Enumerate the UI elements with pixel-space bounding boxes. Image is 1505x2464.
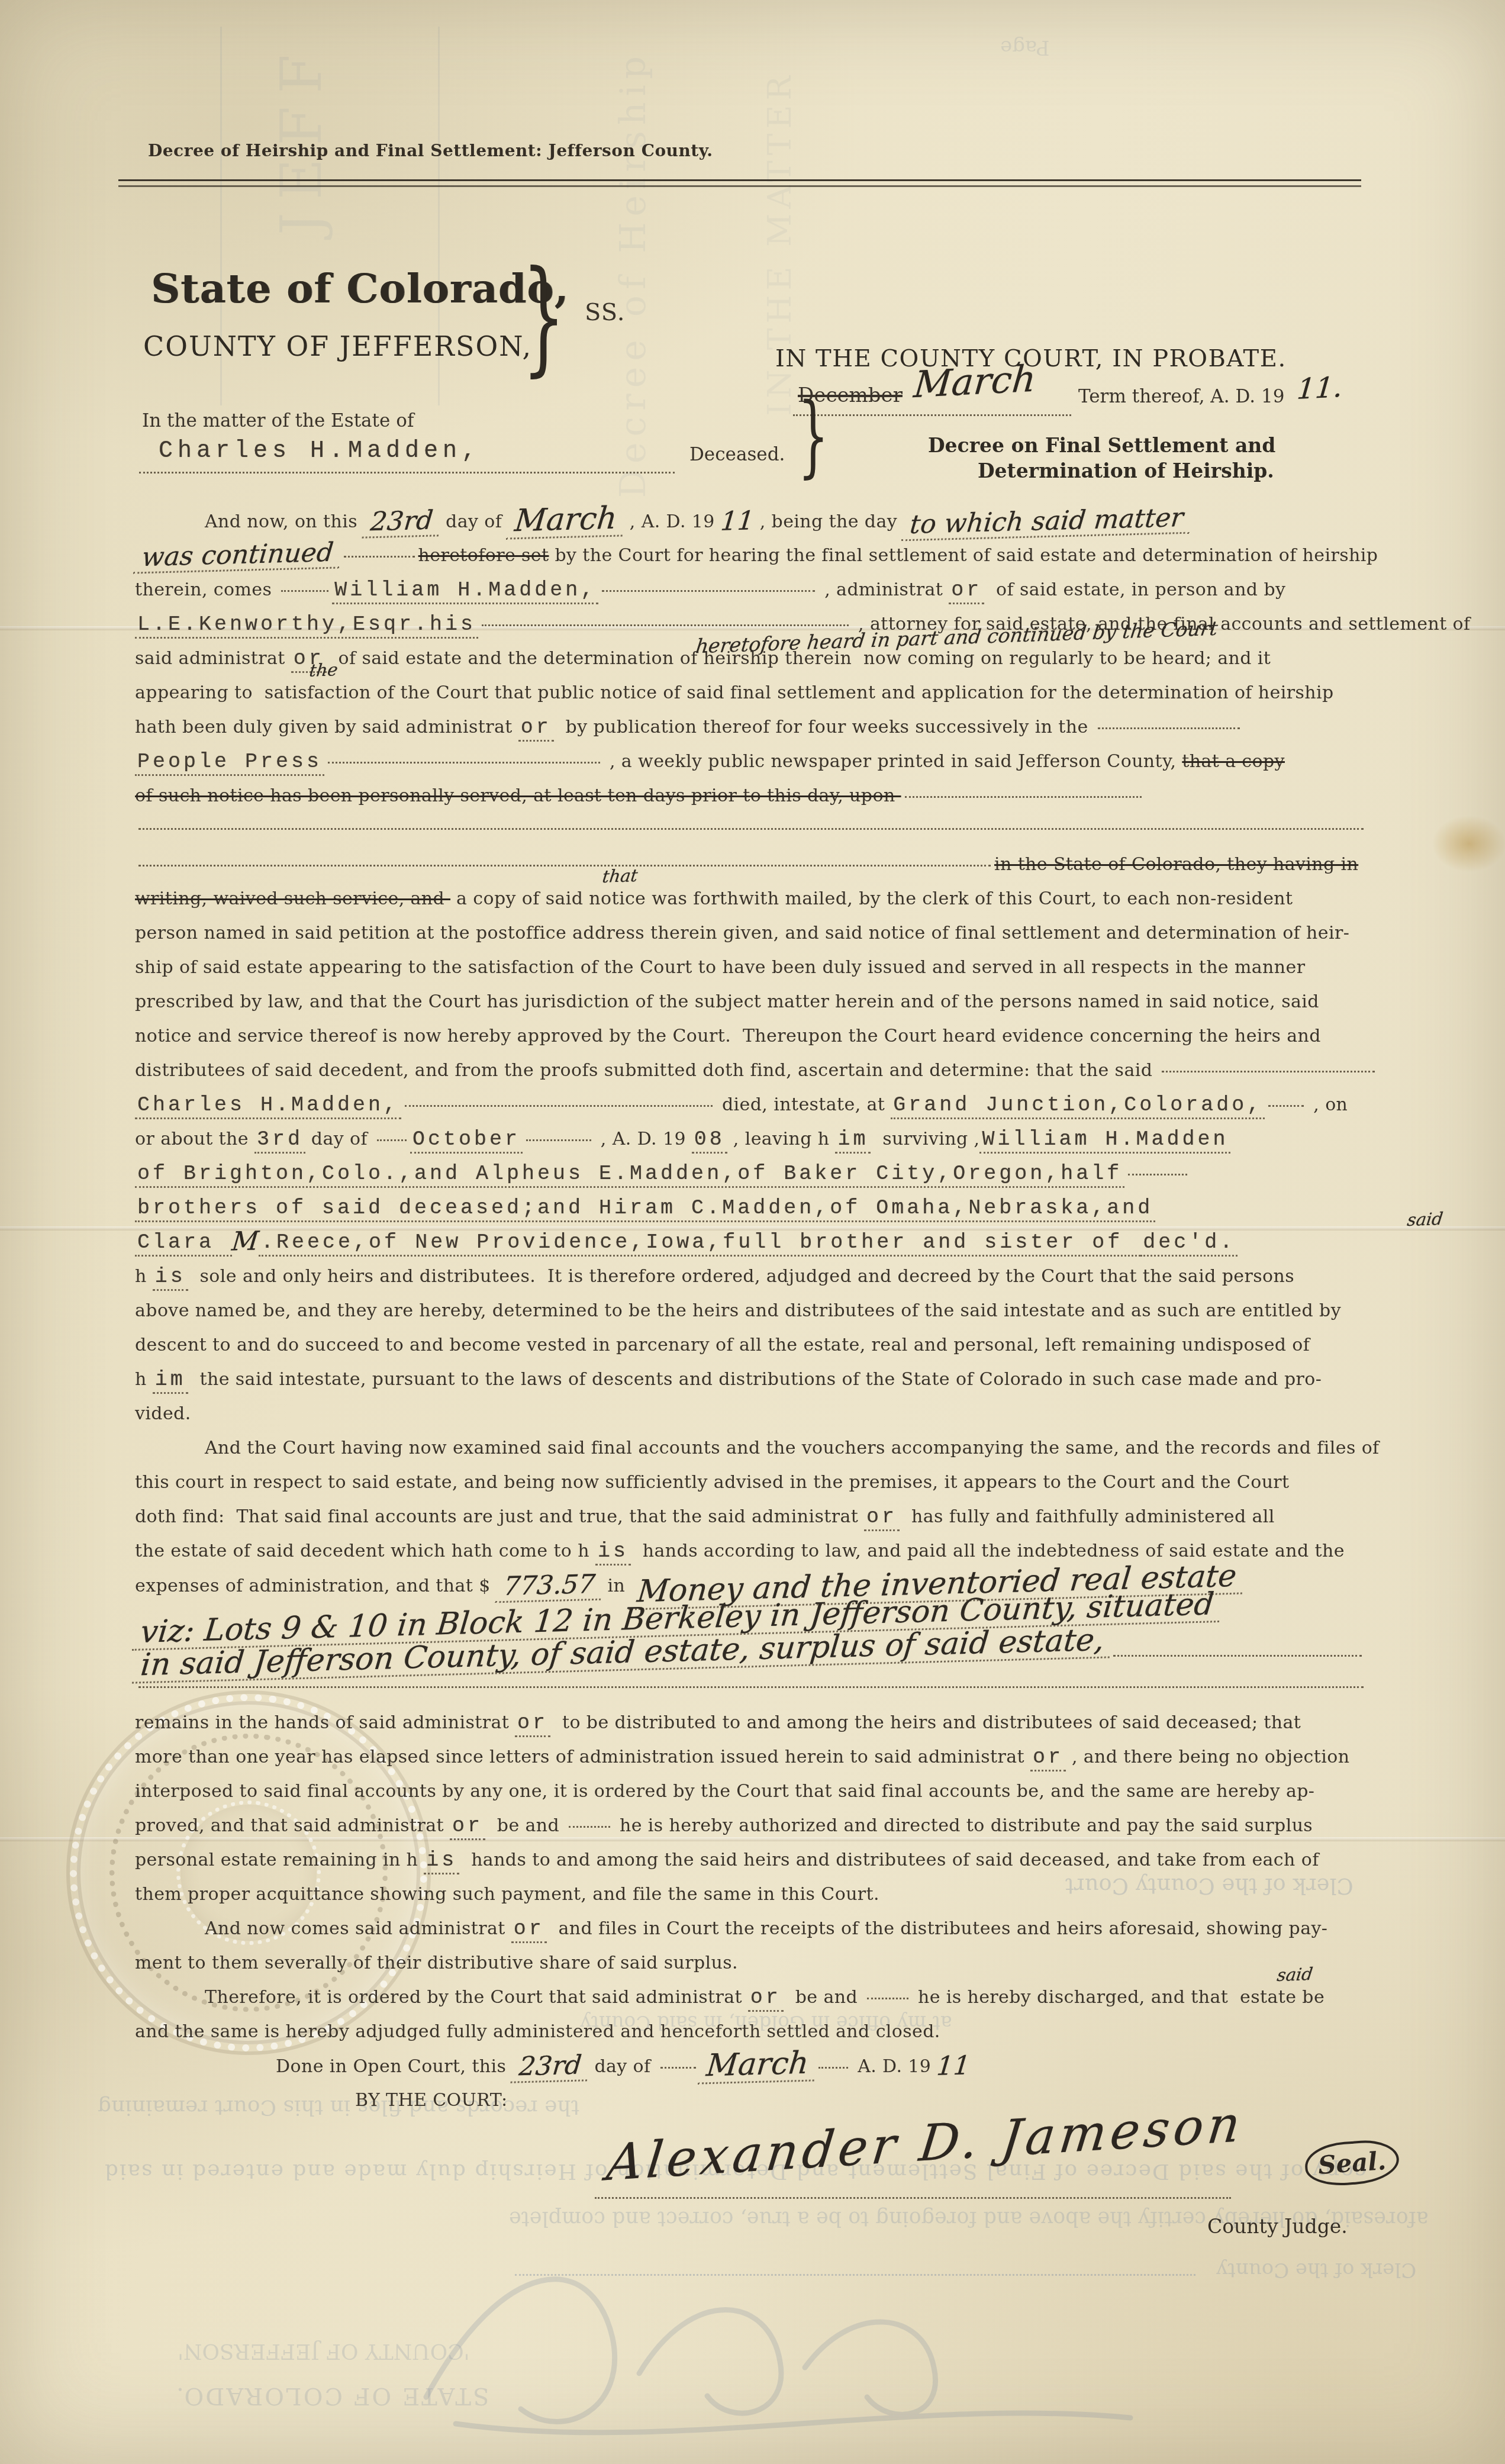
body-line-8: People Press , a weekly public newspaper… [135,745,1384,779]
scanned-probate-decree-page: JEFF Decree of Heirship IN THE MATTER Pa… [0,0,1505,2464]
judge-title: County Judge. [1207,2215,1348,2238]
segment-p: A. D. 19 [852,2056,937,2077]
paper-stain [1432,816,1505,872]
segment-p: proved, and that said administrat [135,1815,450,1836]
body-line-17: distributees of said decedent, and from … [135,1054,1384,1088]
decree-title-line1: Decree on Final Settlement and [928,434,1275,457]
segment-st: in the State of Colorado, they having in [994,854,1358,875]
segment-p: and the same is hereby adjudged fully ad… [135,2021,940,2042]
segment-p: by the Court for hearing the final settl… [549,545,1378,566]
body-line-19: or about the 3rd day of October , A. D. … [135,1122,1384,1157]
body-line-18: Charles H.Madden, died, intestate, at Gr… [135,1088,1384,1122]
segment-p: above named be, and they are hereby, det… [135,1300,1341,1321]
venue-ss: SS. [585,299,625,326]
segment-p: prescribed by law, and that the Court ha… [135,991,1319,1012]
body-line-2: was continuedheretofore set by the Court… [135,539,1384,573]
segment-hw: 11 [936,2053,971,2079]
segment-p: , on [1307,1094,1348,1115]
bleed-through-text: JEFF [269,41,334,235]
segment-tw: William H.Madden, [332,578,598,604]
segment-hwL: March [697,2047,817,2084]
body-line-24: above named be, and they are hereby, det… [135,1294,1384,1328]
segment-p: doth find: That said final accounts are … [135,1506,864,1527]
segment-hw: M [231,1228,260,1255]
body-line-36: remains in the hands of said administrat… [135,1706,1384,1740]
segment-p: day of [305,1129,373,1149]
segment-tw: William H.Madden [979,1128,1230,1154]
body-line-25: descent to and do succeed to and become … [135,1328,1384,1363]
bleed-through-signature [385,2220,1184,2456]
body-line-11: in the State of Colorado, they having in [135,848,1384,882]
deceased-brace: } [798,392,829,481]
segment-tw: or [1030,1745,1066,1771]
segment-p: , being the day [754,511,903,532]
segment-st: of such notice has been personally serve… [135,785,901,806]
body-line-13: person named in said petition at the pos… [135,916,1384,951]
segment-hwa: that [601,867,639,885]
segment-p: hands to and among the said heirs and di… [459,1850,1319,1870]
segment-tw: 3rd [254,1128,305,1154]
estate-intro: In the matter of the Estate of [142,410,414,431]
segment-p: h [135,1369,153,1390]
segment-dots [281,584,328,592]
segment-p: And the Court having now examined said f… [205,1438,1380,1458]
body-line-23: h is sole and only heirs and distributee… [135,1260,1384,1294]
segment-dots [818,2061,848,2069]
segment-tw: or [864,1505,900,1531]
body-line-10 [135,813,1384,848]
segment-dots [344,550,415,558]
segment-p: be and [784,1987,863,2008]
segment-p: has fully and faithfully administered al… [900,1506,1275,1527]
segment-p: day of [440,511,508,532]
segment-p: vided. [135,1403,191,1424]
segment-st: writing, waived such service, and [135,888,450,909]
segment-tw: October [410,1128,523,1154]
segment-tw: brothers of said deceased;and Hiram C.Ma… [135,1196,1155,1222]
segment-p: by publication thereof for four weeks su… [554,717,1094,737]
segment-tw: People Press [135,750,324,776]
venue-brace: } [522,255,565,379]
segment-p: day of [588,2056,656,2077]
body-line-20: of Brighton,Colo.,and Alpheus E.Madden,o… [135,1157,1384,1191]
segment-hwa: the [308,661,339,679]
segment-tw: is [424,1848,459,1874]
segment-p: person named in said petition at the pos… [135,923,1349,943]
seal-cartouche: Seal. [1304,2138,1401,2188]
segment-dots [1268,1099,1304,1107]
segment-p: personal estate remaining in h [135,1850,424,1870]
segment-p: estate be [1234,1987,1324,2008]
segment-dots [905,790,1142,798]
body-line-3: therein, comes William H.Madden, , admin… [135,573,1384,607]
segment-p: them proper acquittance showing such pay… [135,1884,879,1905]
segment-tw: L.E.Kenworthy,Esqr.his [135,613,478,639]
segment-p: more than one year has elapsed since let… [135,1747,1030,1767]
body-line-22: Clara M.Reece,of New Providence,Iowa,ful… [135,1225,1384,1260]
segment-dots [138,859,991,867]
body-line-43: ment to them severally of their distribu… [135,1946,1384,1980]
segment-p: in [602,1576,631,1596]
body-line-38: interposed to said final accounts by any… [135,1774,1384,1809]
segment-tw: or [949,578,984,604]
segment-tw: is [153,1265,188,1291]
term-month-handwritten: March [912,357,1037,407]
segment-p: , and there being no objection [1066,1747,1349,1767]
segment-dots [867,1992,908,1999]
segment-tw: dec'd. [1140,1231,1237,1257]
segment-dots [1113,1649,1362,1657]
segment-dots [569,1820,610,1828]
segment-dots [328,756,600,764]
body-line-6: appearing to the satisfaction of the Cou… [135,676,1384,710]
segment-p: ment to them severally of their distribu… [135,1953,738,1973]
body-line-1: And now, on this 23rd day of March , A. … [135,504,1384,539]
term-blank-rule [793,414,1071,416]
segment-p: descent to and do succeed to and become … [135,1335,1310,1355]
segment-tw: or [518,716,554,742]
segment-p: the estate of said decedent which hath c… [135,1541,595,1561]
segment-p: interposed to said final accounts by any… [135,1781,1314,1802]
segment-dots [602,584,815,592]
venue-county: COUNTY OF JEFFERSON, [143,330,532,362]
body-line-15: prescribed by law, and that the Court ha… [135,985,1384,1019]
body-line-9: of such notice has been personally serve… [135,779,1384,813]
segment-tw: or [748,1986,784,2012]
segment-dots [405,1099,713,1107]
header-rule [118,179,1361,181]
segment-tw: of Brighton,Colo.,and Alpheus E.Madden,o… [135,1162,1124,1188]
segment-hw: 11 [720,508,755,534]
segment-tw: im [153,1368,188,1394]
segment-p: h [135,1266,153,1287]
segment-p: surviving , [871,1129,979,1149]
segment-tw: or [515,1711,550,1737]
form-title: Decree of Heirship and Final Settlement:… [148,141,713,160]
segment-p: And now, on this [205,511,363,532]
body-line-35 [135,1671,1384,1706]
bleed-through-text: Page [1000,36,1050,59]
body-line-27: vided. [135,1397,1384,1431]
segment-p: the said intestate, pursuant to the laws… [188,1369,1322,1390]
body-line-16: notice and service thereof is now hereby… [135,1019,1384,1054]
segment-p: therein, comes [135,579,278,600]
segment-p: BY THE COURT: [355,2090,508,2111]
body-line-28: And the Court having now examined said f… [135,1431,1384,1465]
venue-state: State of Colorado, [151,265,569,313]
segment-p: expenses of administration, and that $ [135,1576,497,1596]
segment-p: this court in respect to said estate, an… [135,1472,1290,1493]
segment-hwu: 23rd [362,507,441,538]
segment-dots [138,822,1364,830]
segment-p: he is hereby discharged, and that [912,1987,1234,2008]
segment-p: to be distributed to and among the heirs… [550,1712,1301,1733]
segment-st: that a copy [1182,751,1285,772]
segment-p: satisfaction of the Court that public no… [259,682,1334,703]
segment-dots [1162,1065,1375,1072]
segment-p: Therefore, it is ordered by the Court th… [205,1987,748,2008]
segment-dots [660,2061,696,2069]
segment-p: said administrat [135,648,291,669]
signature-rule [595,2197,1231,2199]
estate-name-rule [139,472,675,474]
segment-p: and files in Court the receipts of the d… [547,1918,1328,1939]
body-line-7: hath been duly given by said administrat… [135,710,1384,745]
segment-hwu: 23rd [511,2052,590,2083]
body-line-21: brothers of said deceased;and Hiram C.Ma… [135,1191,1384,1225]
term-year-handwritten: 11. [1295,371,1344,406]
decree-title-line2: Determination of Heirship. [978,459,1274,482]
segment-tw: .Reece,of New Providence,Iowa,full broth… [259,1231,1140,1257]
decedent-name-typed: Charles H.Madden, [159,438,481,465]
body-line-30: doth find: That said final accounts are … [135,1500,1384,1534]
segment-p: , a weekly public newspaper printed in s… [604,751,1182,772]
segment-p: , A. D. 19 [624,511,721,532]
segment-tw: Charles H.Madden, [135,1093,401,1119]
body-line-45: and the same is hereby adjudged fully ad… [135,2015,1384,2049]
header-rule [118,185,1361,187]
body-line-41: them proper acquittance showing such pay… [135,1877,1384,1912]
segment-dots [526,1133,591,1141]
body-line-34: in said Jefferson County, of said estate… [135,1637,1384,1671]
body-line-46: Done in Open Court, this 23rd day of Mar… [135,2049,1384,2083]
segment-dots [482,619,849,626]
segment-tw: is [595,1539,631,1566]
segment-hwu: to which said matter [901,505,1192,542]
body-line-14: ship of said estate appearing to the sat… [135,951,1384,985]
segment-st: heretofore set [418,545,549,566]
segment-p: ship of said estate appearing to the sat… [135,957,1305,978]
segment-p: now coming on regularly to be heard; and… [858,648,1271,669]
segment-tw: 08 [692,1128,727,1154]
bleed-through-text: Decree of Heirship [613,50,654,498]
segment-hwL: March [506,503,626,539]
term-label: Term thereof, A. D. 19 [1078,386,1284,407]
segment-p: notice and service thereof is now hereby… [135,1026,1321,1046]
segment-hwa: said [1406,1210,1444,1229]
body-line-29: this court in respect to said estate, an… [135,1465,1384,1500]
body-line-42: And now comes said administrat or and fi… [135,1912,1384,1946]
decree-body-text: And now, on this 23rd day of March , A. … [135,504,1384,2118]
body-line-40: personal estate remaining in h is hands … [135,1843,1384,1877]
segment-tw: or [511,1917,547,1943]
segment-p: sole and only heirs and distributees. It… [188,1266,1294,1287]
segment-hwu: 773.57 [495,1571,603,1603]
bleed-through-text: Clerk of the County [1216,2258,1416,2282]
segment-dots [1128,1168,1187,1175]
segment-p: remains in the hands of said administrat [135,1712,515,1733]
segment-tw: im [835,1128,871,1154]
segment-p: of said estate, in person and by [984,579,1285,600]
deceased-label: Deceased. [689,444,785,465]
segment-hwa: said [1276,1966,1314,1984]
body-line-44: Therefore, it is ordered by the Court th… [135,1980,1384,2015]
segment-dots [138,1680,1364,1688]
segment-p: appearing to [135,682,259,703]
body-line-37: more than one year has elapsed since let… [135,1740,1384,1774]
segment-dots [1098,722,1240,729]
segment-p: he is hereby authorized and directed to … [614,1815,1313,1836]
segment-p: , leaving h [727,1129,836,1149]
segment-dots [377,1133,407,1141]
segment-p: , A. D. 19 [595,1129,692,1149]
body-line-26: h im the said intestate, pursuant to the… [135,1363,1384,1397]
segment-p: And now comes said administrat [205,1918,511,1939]
segment-p: hath been duly given by said administrat [135,717,518,737]
segment-tw: or [450,1814,485,1840]
segment-tw: Clara [135,1231,232,1257]
segment-p: a copy of said notice was forthwith mail… [450,888,1293,909]
segment-p: Done in Open Court, this [276,2056,512,2077]
segment-hwu: was continued [133,539,341,574]
segment-p: be and [485,1815,565,1836]
segment-p: , administrat [818,579,949,600]
body-line-12: writing, waived such service, and that a… [135,882,1384,916]
body-line-39: proved, and that said administrat or be … [135,1809,1384,1843]
segment-p: died, intestate, at [716,1094,891,1115]
segment-p: or about the [135,1129,254,1149]
segment-tw: Grand Junction,Colorado, [891,1093,1265,1119]
segment-p: distributees of said decedent, and from … [135,1060,1158,1081]
